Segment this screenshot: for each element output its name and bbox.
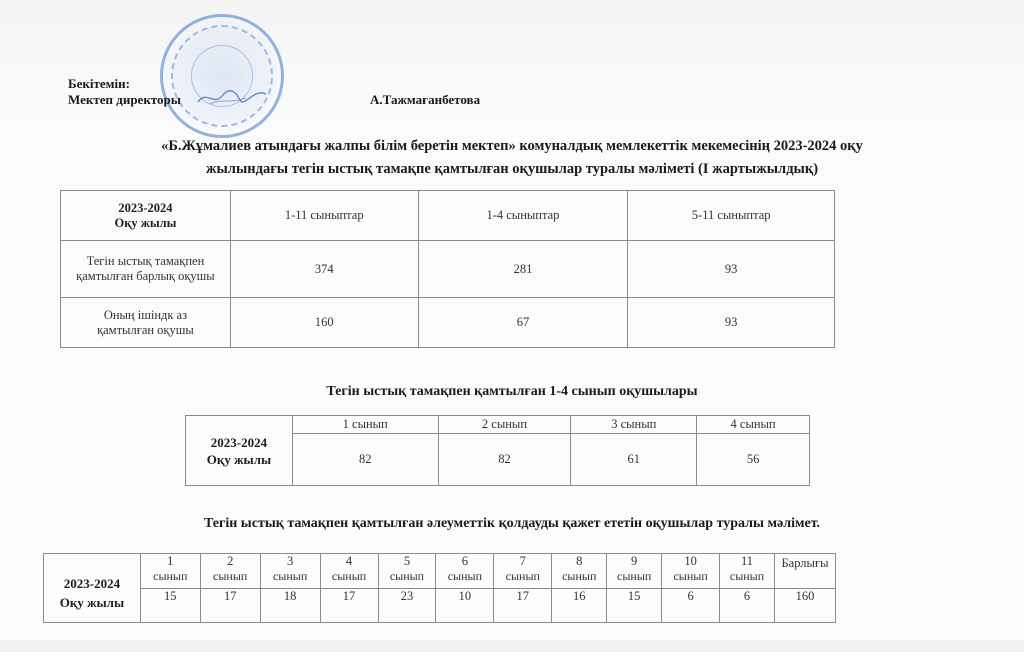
table-header-row: 2023-2024 Оқу жылы 1сынып2сынып3сынып4сы… — [44, 554, 836, 589]
table-cell: 15 — [140, 589, 200, 623]
grades-1-4-table: 2023-2024 Оқу жылы 1 сынып 2 сынып 3 сын… — [185, 415, 810, 486]
document-title: «Б.Жұмалиев атындағы жалпы білім беретін… — [70, 135, 954, 181]
section-title-grades-1-4: Тегін ыстық тамақпен қамтылған 1-4 сынып… — [0, 384, 1024, 400]
total-cell: 160 — [775, 589, 836, 623]
grade-column-header: 3сынып — [260, 554, 320, 589]
column-header: 3 сынып — [571, 416, 697, 434]
table-cell: 17 — [320, 589, 378, 623]
table-cell: 17 — [200, 589, 260, 623]
summary-table: 2023-2024 Оқу жылы 1-11 сыныптар 1-4 сын… — [60, 190, 835, 348]
grade-number: 1 — [141, 554, 200, 569]
grade-word: сынып — [436, 569, 493, 584]
grade-column-header: 8сынып — [552, 554, 607, 589]
column-header: 4 сынып — [697, 416, 810, 434]
grade-number: 6 — [436, 554, 493, 569]
table-cell: 82 — [438, 434, 571, 486]
document-title-line2: жылындағы тегін ыстық тамақпе қамтылған … — [70, 158, 954, 181]
year-header-cell: 2023-2024 Оқу жылы — [186, 416, 293, 486]
table-cell: 6 — [662, 589, 720, 623]
grade-word: сынып — [321, 569, 378, 584]
grade-word: сынып — [494, 569, 551, 584]
year-sub-label: Оқу жылы — [186, 451, 292, 468]
table-cell: 67 — [418, 298, 628, 348]
section-title-social-support: Тегін ыстық тамақпен қамтылған әлеуметті… — [0, 516, 1024, 532]
grade-word: сынып — [607, 569, 661, 584]
column-header: 5-11 сыныптар — [628, 191, 835, 241]
column-header: 1 сынып — [292, 416, 438, 434]
grade-column-header: 9сынып — [607, 554, 662, 589]
signature-icon — [196, 86, 268, 108]
column-header: 1-4 сыныптар — [418, 191, 628, 241]
grade-word: сынып — [141, 569, 200, 584]
table-cell: 18 — [260, 589, 320, 623]
grade-column-header: 7сынып — [494, 554, 552, 589]
year-label: 2023-2024 — [61, 201, 230, 216]
year-sub-label: Оқу жылы — [44, 593, 140, 612]
table-cell: 93 — [628, 298, 835, 348]
grade-column-header: 6сынып — [436, 554, 494, 589]
grade-word: сынып — [720, 569, 774, 584]
grade-column-header: 1сынып — [140, 554, 200, 589]
grade-number: 2 — [201, 554, 260, 569]
table-cell: 6 — [720, 589, 775, 623]
grade-number: 3 — [261, 554, 320, 569]
year-header-cell: 2023-2024 Оқу жылы — [61, 191, 231, 241]
grade-number: 11 — [720, 554, 774, 569]
grade-number: 5 — [379, 554, 436, 569]
column-header: 1-11 сыныптар — [230, 191, 418, 241]
director-name: А.Тажмағанбетова — [370, 92, 480, 108]
table-header-row: 2023-2024 Оқу жылы 1-11 сыныптар 1-4 сын… — [61, 191, 835, 241]
table-cell: 82 — [292, 434, 438, 486]
table-cell: 281 — [418, 241, 628, 298]
table-header-row: 2023-2024 Оқу жылы 1 сынып 2 сынып 3 сын… — [186, 416, 810, 434]
table-cell: 374 — [230, 241, 418, 298]
grade-word: сынып — [379, 569, 436, 584]
grade-word: сынып — [201, 569, 260, 584]
grade-column-header: 10сынып — [662, 554, 720, 589]
year-label: 2023-2024 — [44, 574, 140, 593]
grade-number: 9 — [607, 554, 661, 569]
grade-column-header: 5сынып — [378, 554, 436, 589]
year-label: 2023-2024 — [186, 434, 292, 451]
grade-word: сынып — [662, 569, 719, 584]
grade-word: сынып — [261, 569, 320, 584]
table-cell: 56 — [697, 434, 810, 486]
row-label: Оның ішіндк аз қамтылған оқушы — [61, 298, 231, 348]
grade-word: сынып — [552, 569, 606, 584]
social-support-table: 2023-2024 Оқу жылы 1сынып2сынып3сынып4сы… — [43, 553, 836, 623]
grade-number: 8 — [552, 554, 606, 569]
table-cell: 10 — [436, 589, 494, 623]
document-title-line1: «Б.Жұмалиев атындағы жалпы білім беретін… — [70, 135, 954, 158]
table-cell: 93 — [628, 241, 835, 298]
grade-number: 4 — [321, 554, 378, 569]
table-cell: 23 — [378, 589, 436, 623]
table-row: Тегін ыстық тамақпен қамтылған барлық оқ… — [61, 241, 835, 298]
director-label: Мектеп директоры — [68, 92, 181, 108]
column-header: 2 сынып — [438, 416, 571, 434]
grade-column-header: 4сынып — [320, 554, 378, 589]
grade-column-header: 11сынып — [720, 554, 775, 589]
total-column-header: Барлығы — [775, 554, 836, 589]
approval-block: Бекітемін: Мектеп директоры А.Тажмағанбе… — [68, 76, 181, 108]
grade-number: 7 — [494, 554, 551, 569]
approved-label: Бекітемін: — [68, 76, 181, 92]
page-edge — [0, 640, 1024, 652]
table-cell: 61 — [571, 434, 697, 486]
grade-number: 10 — [662, 554, 719, 569]
grade-column-header: 2сынып — [200, 554, 260, 589]
year-header-cell: 2023-2024 Оқу жылы — [44, 554, 141, 623]
table-cell: 17 — [494, 589, 552, 623]
table-cell: 160 — [230, 298, 418, 348]
table-row: Оның ішіндк аз қамтылған оқушы 160 67 93 — [61, 298, 835, 348]
table-cell: 15 — [607, 589, 662, 623]
row-label: Тегін ыстық тамақпен қамтылған барлық оқ… — [61, 241, 231, 298]
table-cell: 16 — [552, 589, 607, 623]
year-sub-label: Оқу жылы — [61, 216, 230, 231]
table-row: 15171817231017161566160 — [44, 589, 836, 623]
